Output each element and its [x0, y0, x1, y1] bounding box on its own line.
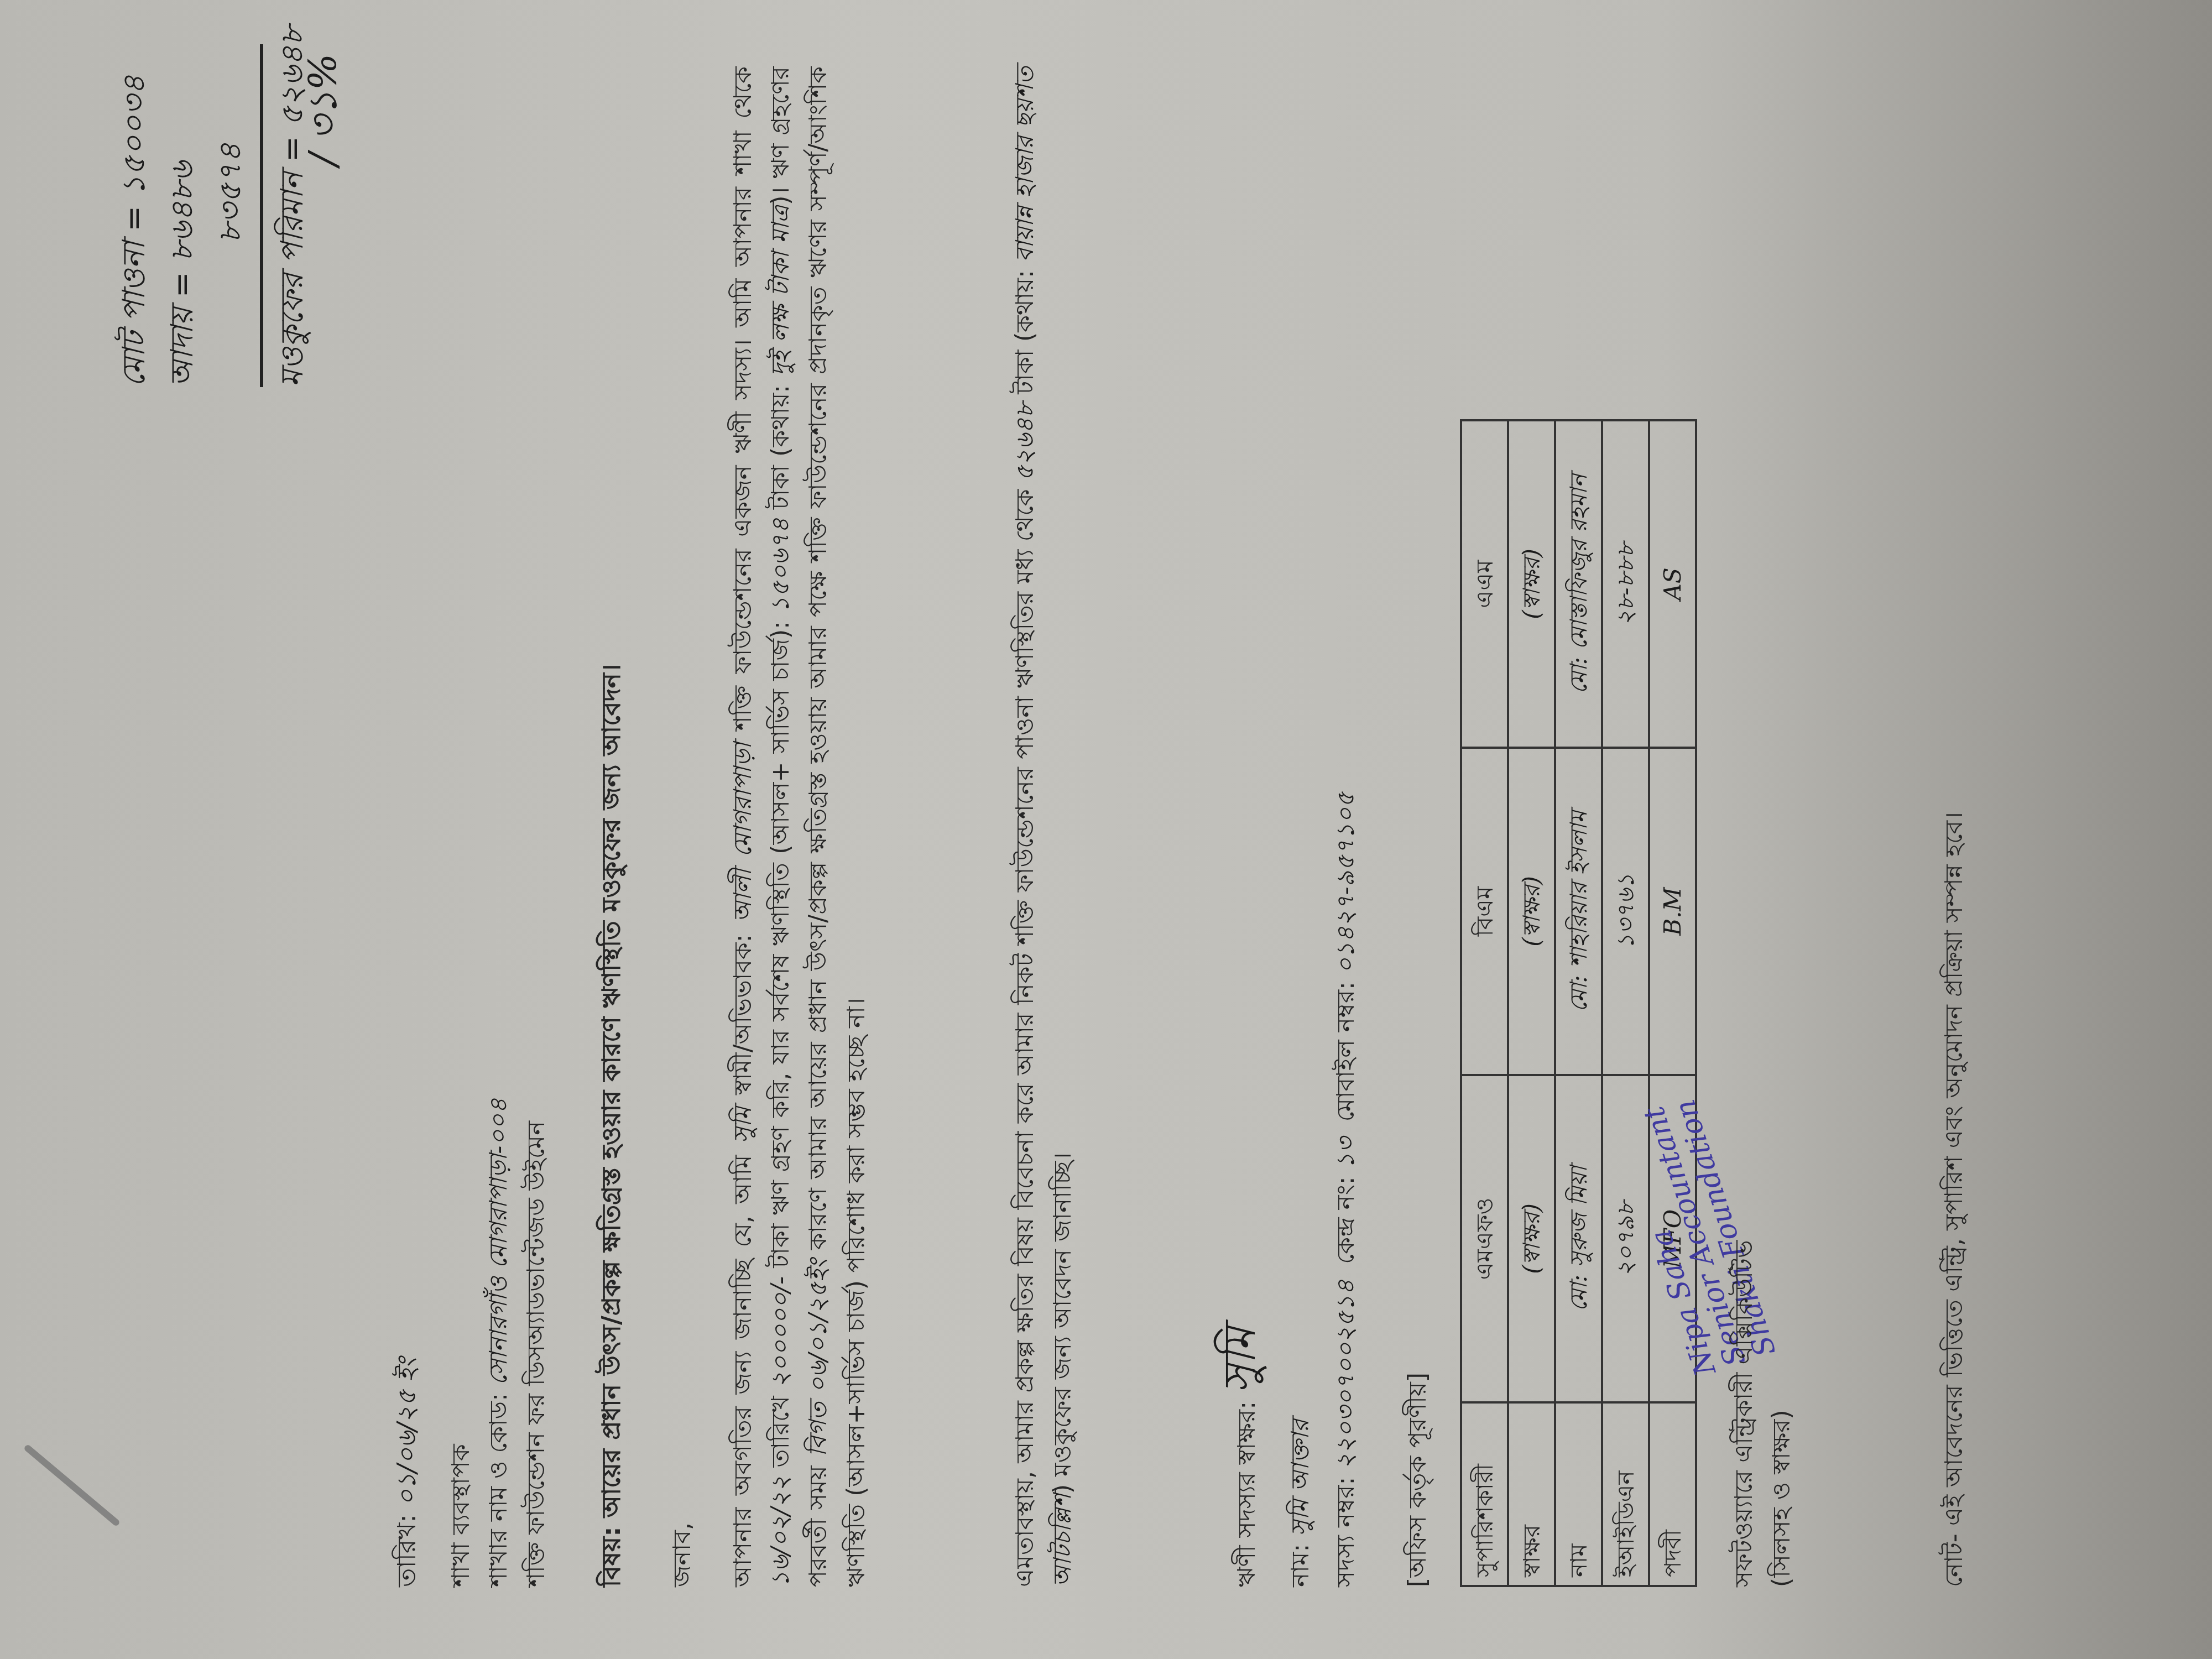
approval-table: সুপারিশকারী এমএফও বিএম এএম স্বাক্ষর (স্ব… [1460, 419, 1697, 1587]
bm-signature: (স্বাক্ষর) [1508, 748, 1555, 1075]
date-value: ০১/০৬/২৫ ইং [392, 1358, 421, 1506]
member-number: ২২০৩০৭০০২৫১৪ [1332, 1280, 1360, 1469]
date-line: তারিখ: ০১/০৬/২৫ ইং [387, 1358, 426, 1587]
member-signature-block: ঋণী সদস্যর স্বাক্ষর: সুমি নাম: সুমি আক্ত… [1206, 792, 1373, 1587]
waiver-amount-fill: ৫২৬৪৮ [1011, 402, 1039, 481]
table-row: ইআইডিএন ২০৭৯৮ ১৩৭৬১ ২৮-৮৮৮ [1602, 420, 1649, 1586]
loan-date-fill: ১৬/০২/২২ [766, 1476, 795, 1587]
branch-fill: মোগরাপাড়া [729, 742, 757, 857]
subject-line: বিষয়: আয়ের প্রধান উৎস/প্রকল্প ক্ষতিগ্র… [592, 94, 631, 1587]
waiver-percent: / ৩১% [293, 54, 353, 166]
organization-name: শক্তি ফাউন্ডেশন ফর ডিসঅ্যাডভান্টেজড উইমে… [518, 1098, 555, 1587]
outstanding-words-fill: দুই লক্ষ টাকা মাত্র [766, 205, 795, 377]
am-signature: (স্বাক্ষর) [1508, 420, 1555, 748]
handwritten-calculation: মোট পাওনা = ১৫০০৩৪ আদায় = ৮৬৪৮৬ ৮৩৫৭৪ ম… [111, 0, 317, 387]
calc-rule [260, 44, 263, 387]
center-number: ১৩ [1332, 1137, 1360, 1168]
total-due: মোট পাওনা = ১৫০০৩৪ [111, 0, 159, 387]
guardian-fill: আলী [729, 869, 757, 922]
member-name-fill: সুমি [729, 1107, 757, 1143]
application-page: মোট পাওনা = ১৫০০৩৪ আদায় = ৮৬৪৮৬ ৮৩৫৭৪ ম… [111, 0, 2101, 1659]
entry-executive-block: সফটওয়্যারে এন্ট্রিকারী এক্সিকিউটিভ (সিল… [1725, 1240, 1801, 1587]
table-row: স্বাক্ষর (স্বাক্ষর) (স্বাক্ষর) (স্বাক্ষর… [1508, 420, 1555, 1586]
table-row: নাম মো: সুরুজ মিয়া মো: শাহরিয়ার ইসলাম … [1555, 420, 1602, 1586]
table-header-row: সুপারিশকারী এমএফও বিএম এএম [1461, 420, 1508, 1586]
paper-document: মোট পাওনা = ১৫০০৩৪ আদায় = ৮৬৪৮৬ ৮৩৫৭৪ ম… [0, 0, 2212, 1659]
collected: আদায় = ৮৬৪৮৬ [159, 0, 207, 387]
salutation: জনাব, [664, 1522, 701, 1587]
footer-note: নোট- এই আবেদনের ভিত্তিতে এন্ট্রি, সুপারি… [1936, 812, 1973, 1587]
collected-alt: ৮৩৫৭৪ [207, 0, 255, 387]
outstanding-fill: ১৫০৬৭৪ [766, 518, 795, 612]
office-use-label: [অফিস কর্তৃক পূরণীয়] [1399, 1373, 1437, 1587]
member-name: সুমি আক্তার [1286, 1420, 1314, 1536]
table-row: পদবী MFO B.M AS [1649, 420, 1696, 1586]
mobile-number: ০১৪২৭-৯৫৭১০৫ [1332, 792, 1360, 974]
event-date-fill: বিগত ০৬/০১/২৫ইং [804, 1259, 832, 1457]
paragraph-1: আপনার অবগতির জন্য জানাচ্ছি যে, আমি সুমি … [724, 66, 875, 1587]
paragraph-2: এমতাবস্থায়, আমার প্রকল্প ক্ষতির বিষয় ব… [1006, 66, 1082, 1587]
member-signature: সুমি [1214, 1327, 1265, 1394]
mfo-signature: (স্বাক্ষর) [1508, 1075, 1555, 1402]
recipient-block: শাখা ব্যবস্থাপক শাখার নাম ও কোড: সোনারগা… [442, 1098, 556, 1587]
loan-amount-fill: ২০০০০০/- [766, 1276, 795, 1387]
branch-name: সোনারগাঁও মোগরাপাড়া-০০৪ [484, 1098, 513, 1385]
